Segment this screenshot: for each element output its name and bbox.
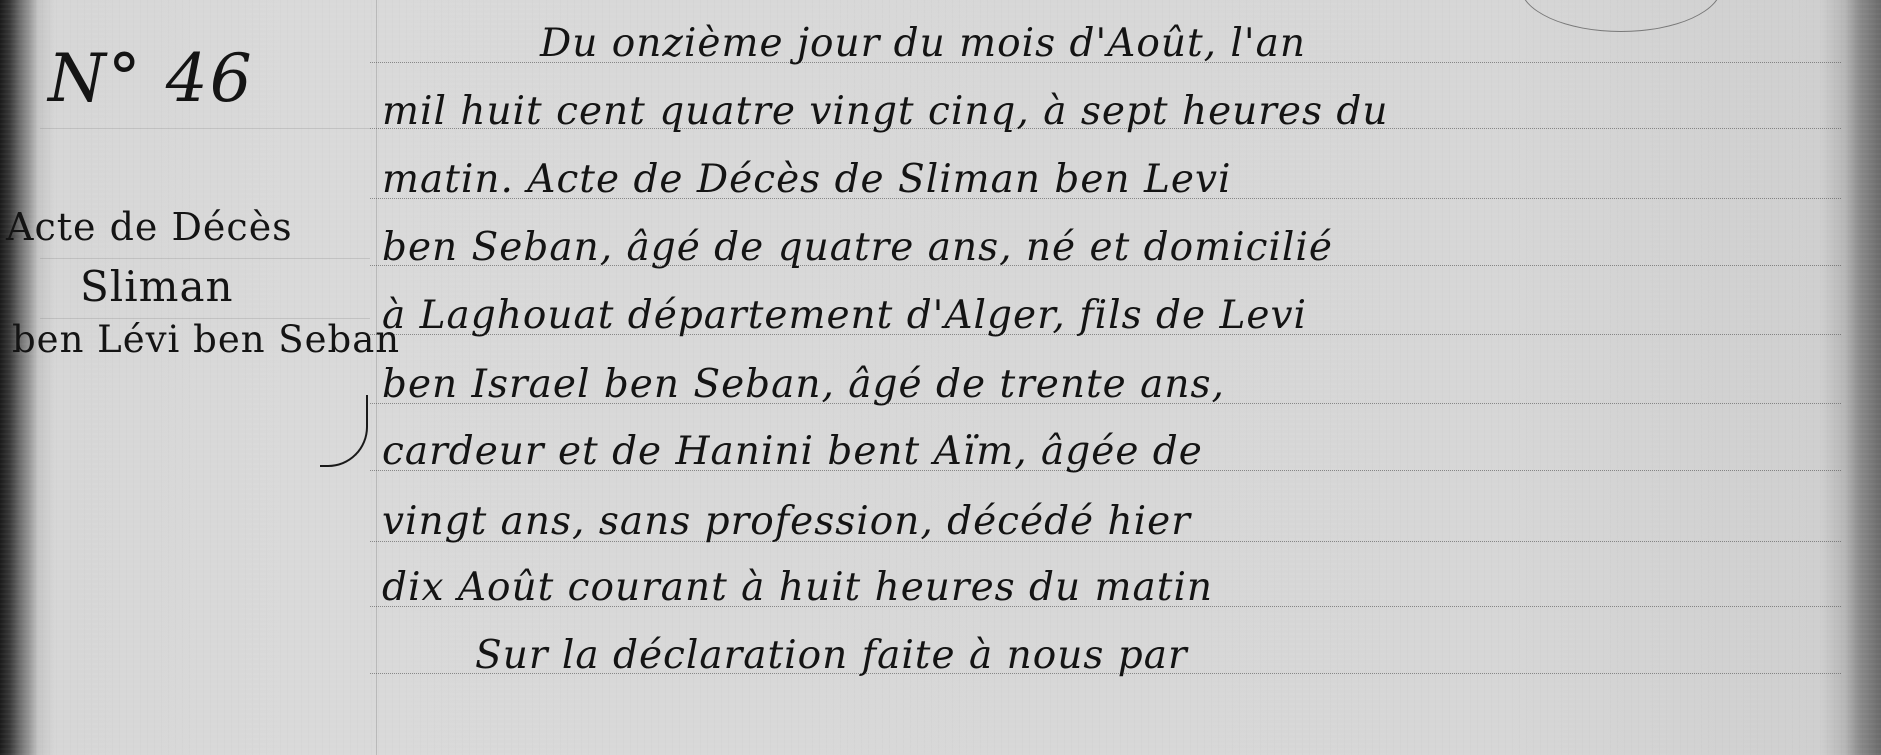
body-line-3: matin. Acte de Décès de Sliman ben Levi: [382, 160, 1231, 199]
body-line-8: vingt ans, sans profession, décédé hier: [382, 502, 1191, 541]
body-line-1: Du onzième jour du mois d'Août, l'an: [540, 24, 1306, 63]
body-line-4: ben Seban, âgé de quatre ans, né et domi…: [382, 228, 1333, 267]
margin-ruled-line: [40, 258, 370, 259]
body-line-10: Sur la déclaration faite à nous par: [475, 636, 1188, 675]
body-line-2: mil huit cent quatre vingt cinq, à sept …: [382, 92, 1389, 131]
record-number: N° 46: [48, 40, 254, 117]
document-page: N° 46 Acte de Décès Sliman ben Lévi ben …: [0, 0, 1881, 755]
margin-deceased-name: Sliman: [80, 262, 234, 311]
margin-ruled-line: [40, 128, 370, 129]
margin-act-title: Acte de Décès: [6, 205, 293, 249]
margin-deceased-lineage: ben Lévi ben Seban: [12, 318, 400, 361]
body-line-9: dix Août courant à huit heures du matin: [382, 568, 1213, 607]
body-line-7: cardeur et de Hanini bent Aïm, âgée de: [382, 432, 1203, 471]
stamp-arc: [1520, 0, 1722, 32]
signature-flourish: [320, 395, 368, 467]
margin-rule: [376, 0, 377, 755]
body-line-5: à Laghouat département d'Alger, fils de …: [382, 296, 1307, 335]
body-line-6: ben Israel ben Seban, âgé de trente ans,: [382, 365, 1225, 404]
